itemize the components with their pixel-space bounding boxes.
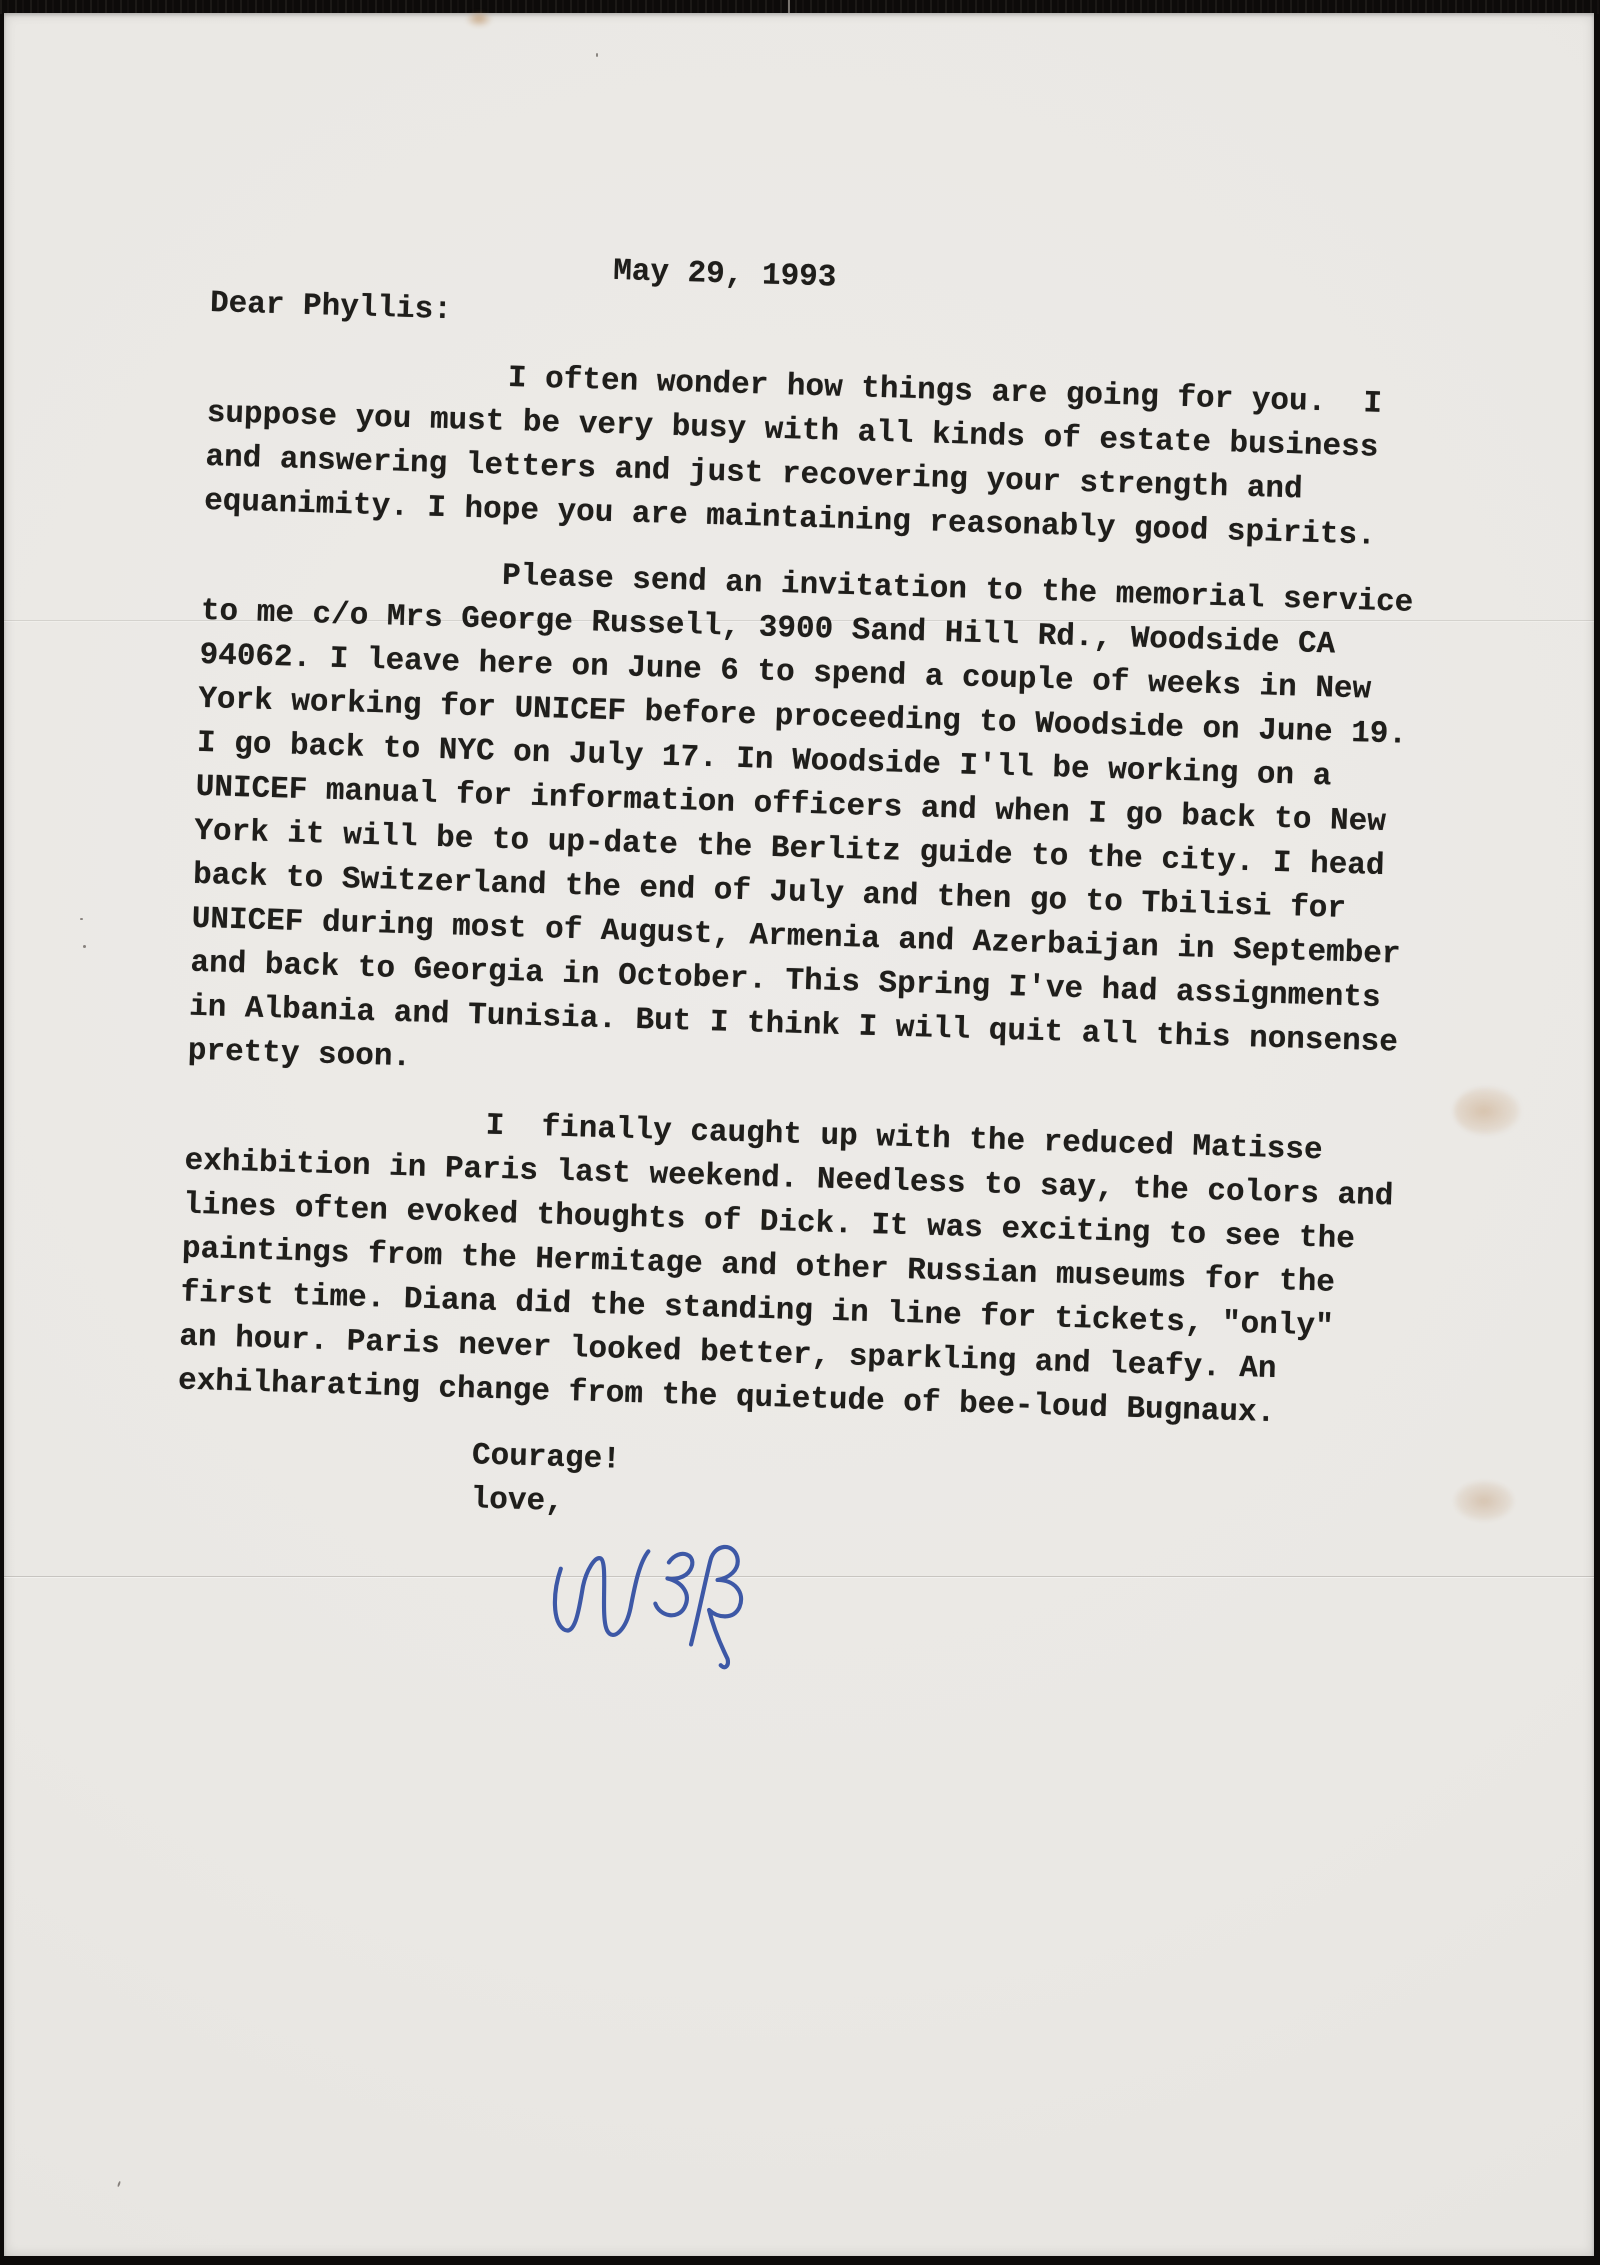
- dust-fiber: [788, 0, 790, 13]
- paragraph: I often wonder how things are going for …: [204, 348, 1469, 561]
- stain-top-edge: [466, 13, 492, 27]
- signature-scrawl: [546, 1529, 788, 1676]
- letter-body: May 29, 1993 Dear Phyllis: I often wonde…: [170, 238, 1472, 1695]
- stain-right-middle: [1454, 1087, 1520, 1135]
- backdrop-texture: [0, 0, 1600, 14]
- paragraph: I finally caught up with the reduced Mat…: [177, 1096, 1446, 1441]
- paragraph: Please send an invitation to the memoria…: [187, 546, 1462, 1111]
- dust-speck: [80, 918, 83, 920]
- letter-closing: Courage!love,: [174, 1425, 1436, 1550]
- stain-right-lower: [1454, 1481, 1514, 1521]
- signature-letter-b: [690, 1546, 742, 1668]
- signature-letter-e: [655, 1553, 693, 1616]
- signature-letter-w: [554, 1549, 648, 1636]
- letter-paragraphs: I often wonder how things are going for …: [177, 348, 1468, 1441]
- dust-speck: [83, 945, 86, 948]
- scanned-letter-scene: May 29, 1993 Dear Phyllis: I often wonde…: [0, 0, 1600, 2265]
- dust-speck: [596, 53, 598, 57]
- dust-speck: [117, 2181, 121, 2187]
